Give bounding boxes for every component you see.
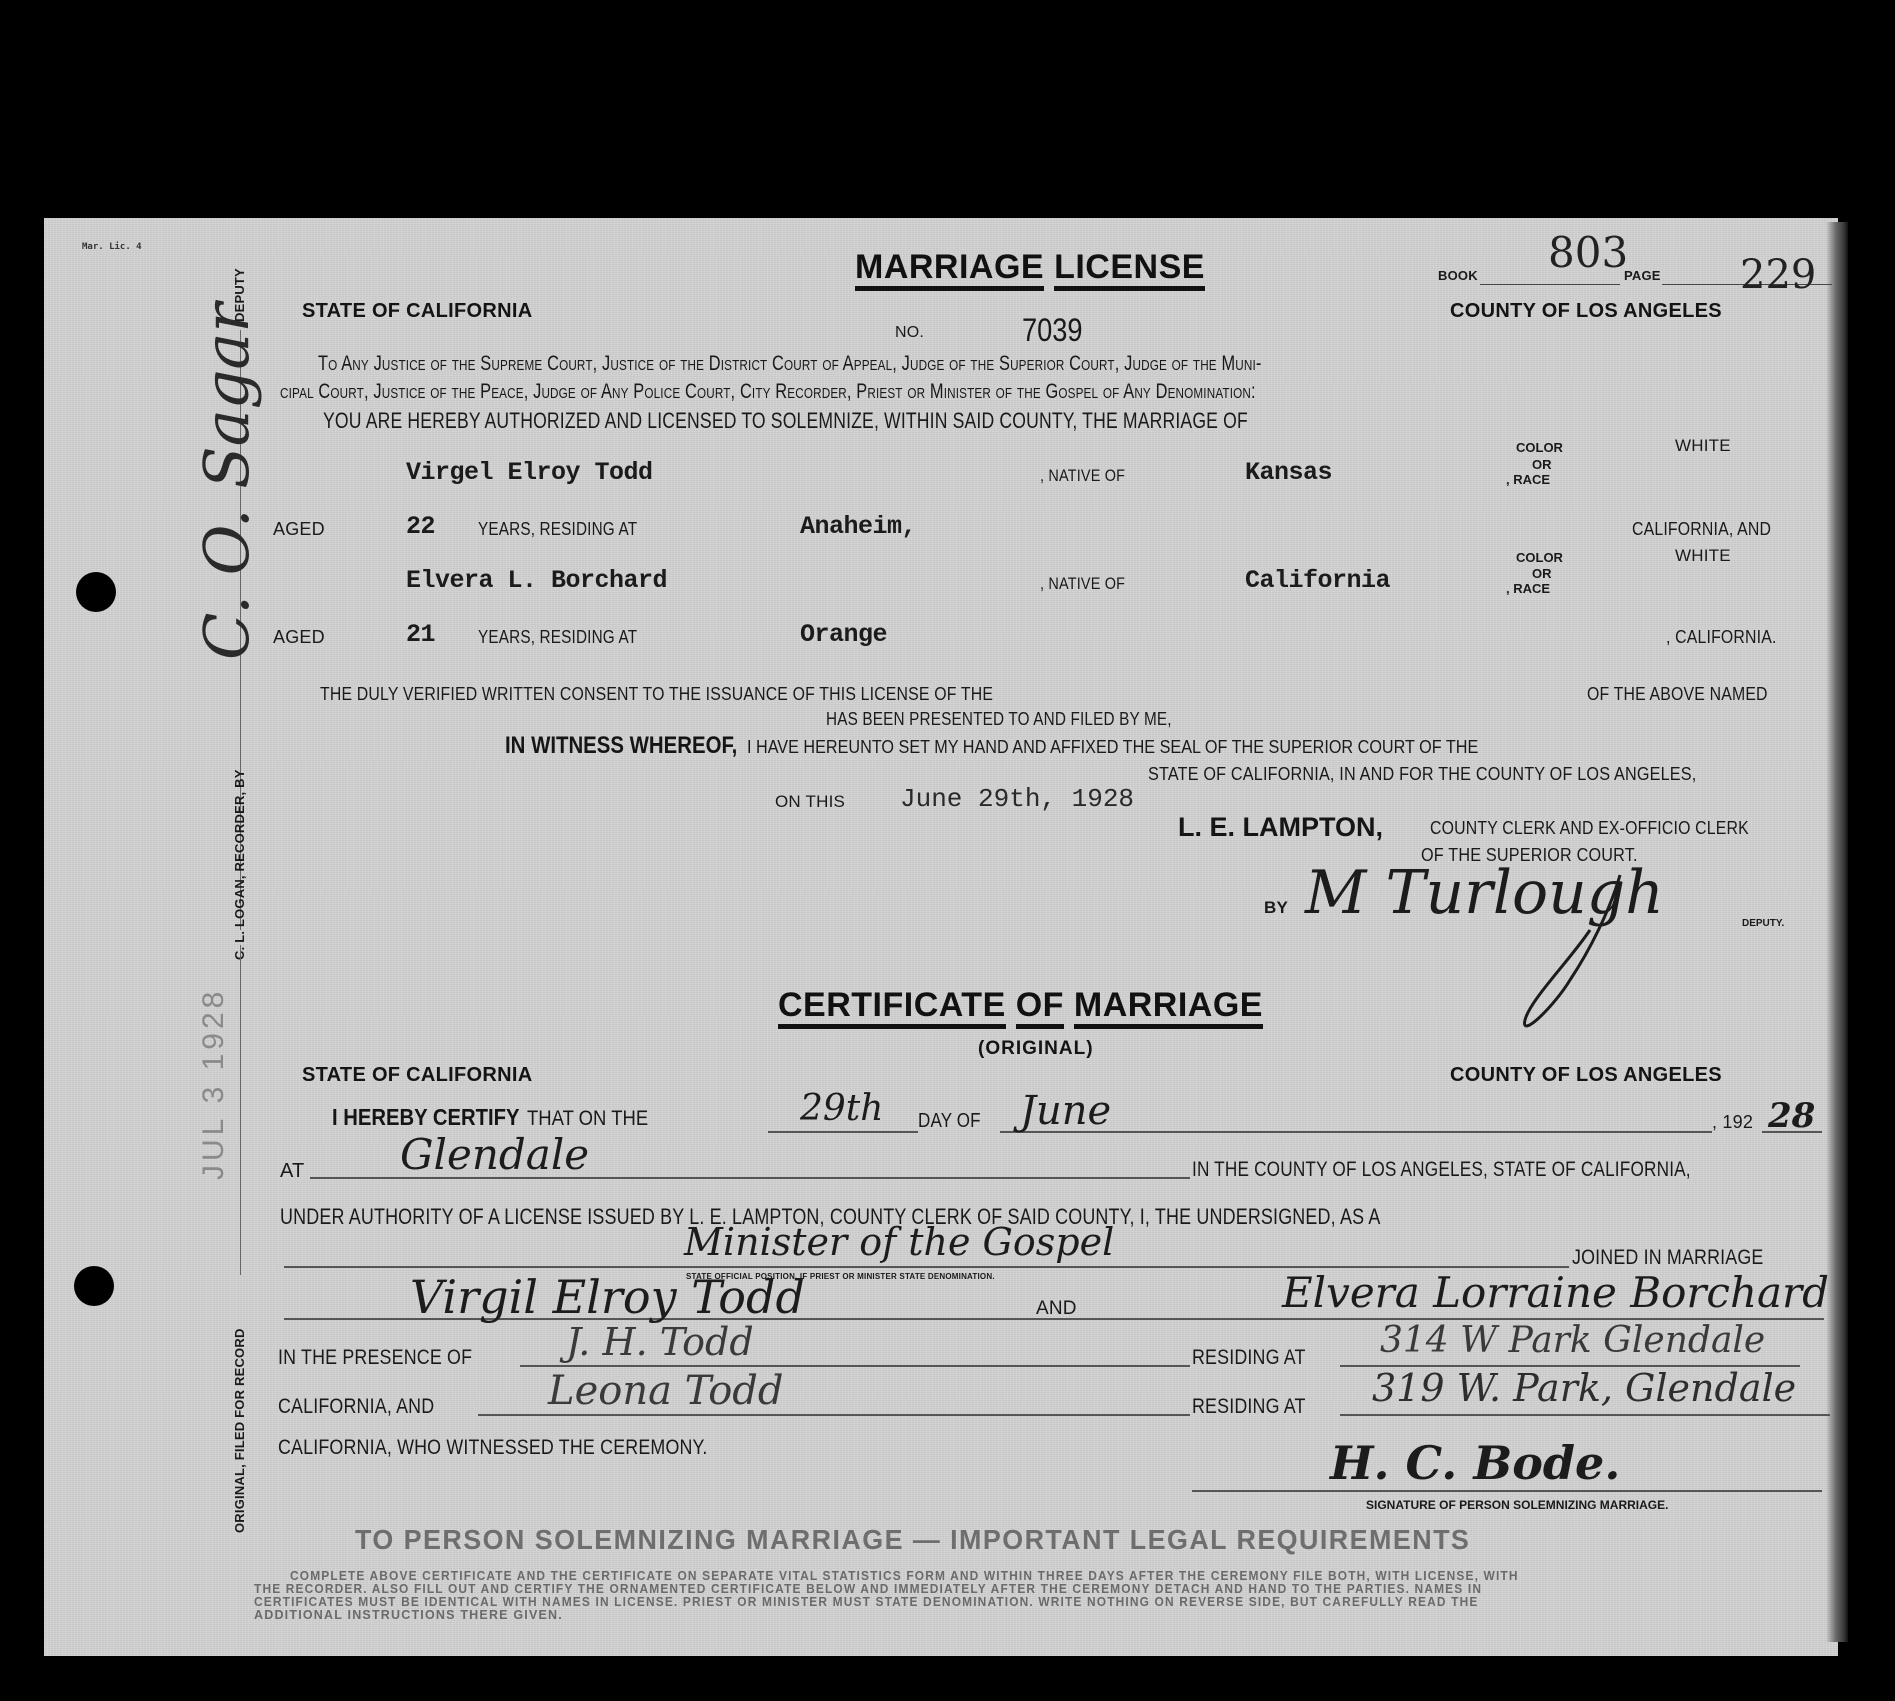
bride-state-suffix: , CALIFORNIA. [1666, 627, 1777, 648]
consent-line2: HAS BEEN PRESENTED TO AND FILED BY ME, [826, 709, 1172, 730]
witness1-address: 314 W Park Glendale [1380, 1320, 1765, 1361]
certificate-title-word2: OF [1016, 986, 1064, 1029]
book-value: 803 [1548, 228, 1628, 277]
california-and-label: CALIFORNIA, AND [278, 1395, 434, 1419]
by-label: BY [1264, 898, 1288, 918]
certificate-title-word3: MARRIAGE [1074, 986, 1263, 1029]
margin-filed-stamp: JUL 3 1928 [197, 988, 231, 1180]
official-position: Minister of the Gospel [684, 1220, 1114, 1264]
footer-line3: CERTIFICATES MUST BE IDENTICAL WITH NAME… [254, 1595, 1478, 1609]
groom-color-label: COLOR [1516, 440, 1563, 455]
footer-line1: COMPLETE ABOVE CERTIFICATE AND THE CERTI… [290, 1569, 1519, 1583]
license-number-value: 7039 [1022, 312, 1083, 349]
witness-bold: IN WITNESS WHEREOF, [505, 732, 737, 760]
year-prefix: , 192 [1712, 1112, 1753, 1133]
groom-race-label: , RACE [1506, 472, 1550, 487]
footer-heading: TO PERSON SOLEMNIZING MARRIAGE — IMPORTA… [355, 1524, 1470, 1556]
groom-native-value: Kansas [1245, 458, 1332, 487]
witness2-residing-label: RESIDING AT [1192, 1395, 1306, 1419]
hole-punch-bottom [74, 1266, 114, 1306]
groom-name: Virgel Elroy Todd [406, 458, 653, 487]
page-label: PAGE [1624, 268, 1661, 283]
witness-line2: STATE OF CALIFORNIA, IN AND FOR THE COUN… [1148, 764, 1696, 785]
witness1-line [520, 1365, 1190, 1367]
certificate-county: COUNTY OF LOS ANGELES [1450, 1064, 1722, 1087]
presence-label: IN THE PRESENCE OF [278, 1346, 472, 1370]
paper-edge-shadow [1826, 222, 1848, 1642]
bride-race-value: WHITE [1675, 546, 1731, 566]
bride-residing-label: YEARS, RESIDING AT [478, 627, 637, 648]
bride-residence: Orange [800, 620, 887, 649]
day-line [768, 1131, 918, 1133]
bride-race-label: , RACE [1506, 581, 1550, 596]
consent-line1-end: OF THE ABOVE NAMED [1587, 684, 1768, 705]
license-number-label: NO. [895, 324, 924, 342]
certificate-day: 29th [800, 1088, 883, 1129]
day-of-label: DAY OF [918, 1110, 981, 1133]
witness1-name: J. H. Todd [566, 1320, 754, 1364]
witness-clause: IN WITNESS WHEREOF, I HAVE HEREUNTO SET … [505, 732, 1559, 760]
bride-native-value: California [1245, 566, 1390, 595]
groom-age: 22 [406, 512, 435, 541]
witness-text: I HAVE HEREUNTO SET MY HAND AND AFFIXED … [747, 737, 1478, 758]
page-value: 229 [1740, 252, 1816, 298]
license-title-word1: MARRIAGE [855, 248, 1044, 291]
bride-native-label: , NATIVE OF [1040, 574, 1125, 594]
margin-filed-line [240, 945, 241, 1275]
groom-residing-label: YEARS, RESIDING AT [478, 519, 637, 540]
at-label: AT [280, 1160, 304, 1183]
certificate-title: CERTIFICATE OF MARRIAGE [778, 986, 1263, 1025]
margin-recorder-signature: C. O. Sagar [190, 303, 263, 660]
issue-date: June 29th, 1928 [900, 784, 1134, 814]
on-this-label: ON THIS [775, 792, 845, 812]
witness1-residing-label: RESIDING AT [1192, 1346, 1306, 1370]
clerk-title1: COUNTY CLERK AND EX-OFFICIO CLERK [1430, 818, 1749, 839]
margin-recorder-label: C. L. LOGAN, RECORDER, BY [232, 769, 247, 960]
groom-race-value: WHITE [1675, 436, 1731, 456]
officiant-signature: H. C. Bode. [1330, 1436, 1620, 1490]
license-address-line2: cipal Court, Justice of the Peace, Judge… [280, 380, 1256, 404]
certificate-place: Glendale [400, 1130, 589, 1179]
groom-aged-label: AGED [273, 519, 325, 540]
margin-filed-label: ORIGINAL, FILED FOR RECORD [232, 1328, 247, 1533]
certify-text: THAT ON THE [527, 1107, 648, 1131]
form-number: Mar. Lic. 4 [82, 242, 142, 252]
bride-color-label: COLOR [1516, 550, 1563, 565]
certificate-bride-name: Elvera Lorraine Borchard [1282, 1268, 1829, 1317]
license-county: COUNTY OF LOS ANGELES [1450, 300, 1722, 323]
book-label: BOOK [1438, 268, 1478, 283]
bride-aged-label: AGED [273, 627, 325, 648]
certificate-month: June [1020, 1088, 1111, 1134]
witness2-name: Leona Todd [548, 1368, 784, 1414]
certify-clause: I HEREBY CERTIFY THAT ON THE [332, 1104, 665, 1131]
certificate-title-word1: CERTIFICATE [778, 986, 1006, 1029]
joined-label: JOINED IN MARRIAGE [1572, 1246, 1764, 1270]
license-title: MARRIAGE LICENSE [855, 248, 1205, 287]
license-title-word2: LICENSE [1054, 248, 1205, 291]
officiant-signature-line [1192, 1490, 1822, 1492]
bride-or-label: OR [1532, 566, 1552, 581]
witness2-address: 319 W. Park, Glendale [1372, 1366, 1796, 1410]
book-line [1480, 284, 1620, 285]
certificate-state: STATE OF CALIFORNIA [302, 1064, 533, 1087]
license-authorization: YOU ARE HEREBY AUTHORIZED AND LICENSED T… [323, 408, 1248, 434]
deputy-signature-flourish [1500, 870, 1640, 1040]
groom-state-suffix: CALIFORNIA, AND [1632, 519, 1771, 540]
clerk-name: L. E. LAMPTON, [1178, 812, 1383, 843]
place-suffix: IN THE COUNTY OF LOS ANGELES, STATE OF C… [1192, 1158, 1691, 1182]
hole-punch-top [76, 572, 116, 612]
bride-name: Elvera L. Borchard [406, 566, 667, 595]
license-state: STATE OF CALIFORNIA [302, 300, 533, 323]
certificate-subtitle: (ORIGINAL) [978, 1038, 1094, 1060]
certificate-groom-name: Virgil Elroy Todd [410, 1270, 805, 1324]
signature-label: SIGNATURE OF PERSON SOLEMNIZING MARRIAGE… [1366, 1498, 1668, 1512]
footer-line2: THE RECORDER. ALSO FILL OUT AND CERTIFY … [254, 1582, 1482, 1596]
bride-age: 21 [406, 620, 435, 649]
and-label: AND [1036, 1298, 1077, 1320]
footer-line4: ADDITIONAL INSTRUCTIONS THERE GIVEN. [254, 1608, 563, 1622]
witness2-address-line [1340, 1414, 1830, 1416]
groom-residence: Anaheim, [800, 512, 916, 541]
certify-bold: I HEREBY CERTIFY [332, 1104, 519, 1131]
license-address-line1: To Any Justice of the Supreme Court, Jus… [318, 352, 1261, 376]
groom-native-label: , NATIVE OF [1040, 466, 1125, 486]
witness2-line [478, 1414, 1190, 1416]
witnessed-label: CALIFORNIA, WHO WITNESSED THE CEREMONY. [278, 1436, 707, 1460]
year-suffix: 28 [1768, 1096, 1815, 1136]
deputy-label: DEPUTY. [1742, 918, 1784, 929]
groom-or-label: OR [1532, 457, 1552, 472]
consent-line1: THE DULY VERIFIED WRITTEN CONSENT TO THE… [320, 684, 993, 705]
